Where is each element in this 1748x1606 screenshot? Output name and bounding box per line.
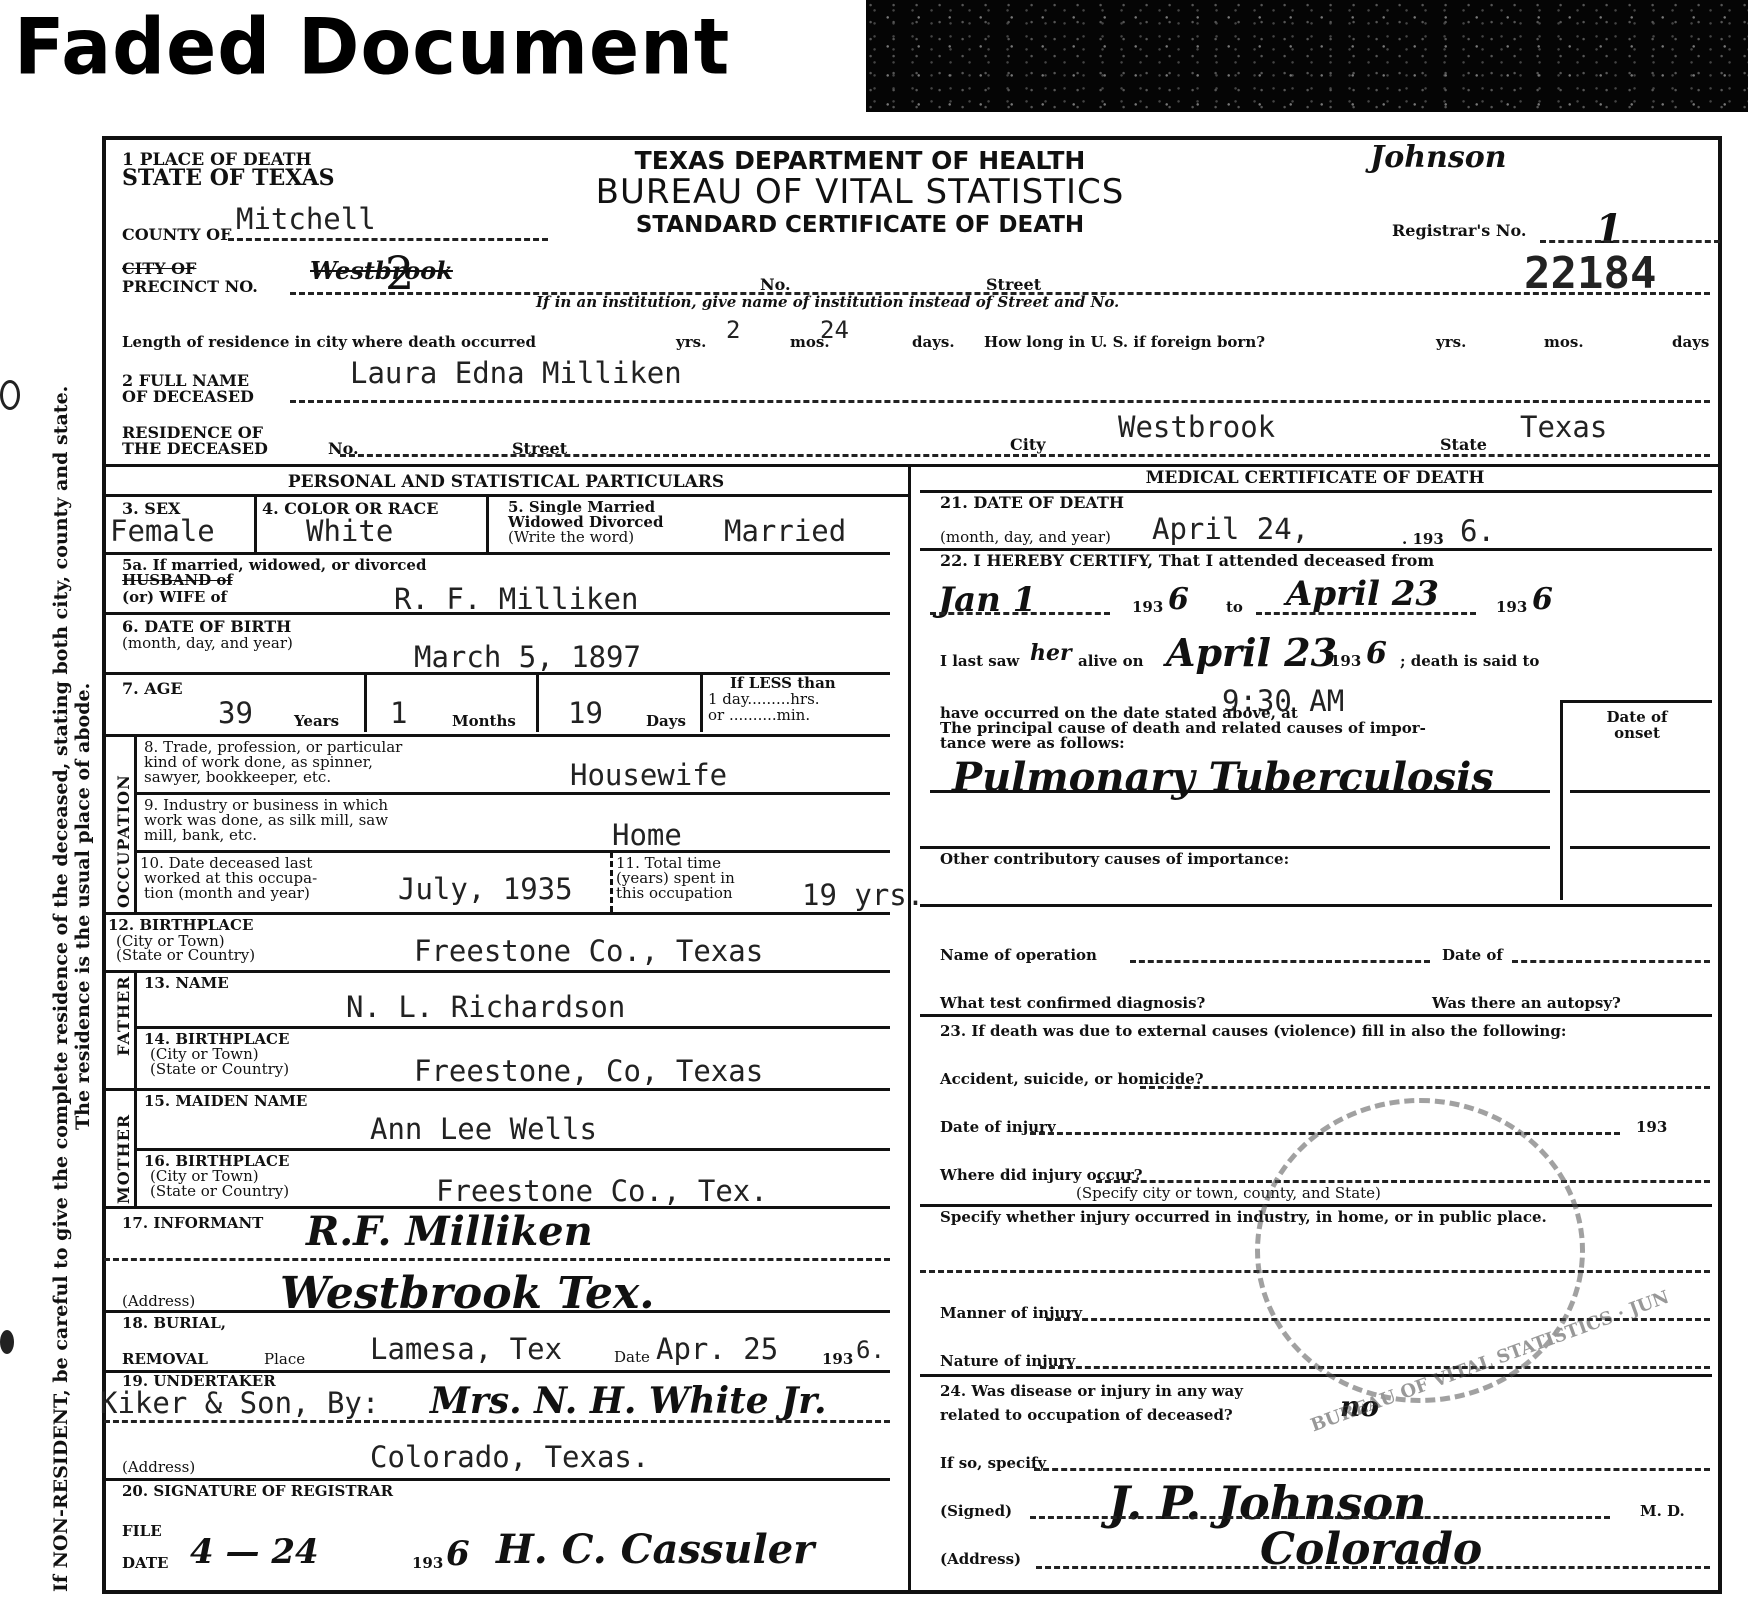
document-banner: Faded Document — [0, 0, 1748, 116]
dod-year-prefix: . 193 — [1402, 532, 1444, 547]
age-label: 7. AGE — [122, 680, 183, 697]
residence-state-label: State — [1440, 436, 1487, 453]
test-label: What test confirmed diagnosis? — [940, 996, 1205, 1011]
bureau-seal-stamp: BUREAU OF VITAL STATISTICS · JUN — [1255, 1098, 1585, 1403]
burial-place-label: Place — [264, 1352, 305, 1367]
father-side-label: FATHER — [114, 976, 133, 1056]
punch-hole-icon — [0, 380, 20, 410]
undertaker-name: Kiker & Son, By: — [100, 1386, 379, 1420]
last-saw-date: April 23 — [1166, 630, 1337, 675]
industry-label-3: mill, bank, etc. — [144, 828, 257, 843]
residence-months: 24 — [820, 316, 849, 344]
sex-value: Female — [110, 514, 215, 548]
physician-address-label: (Address) — [940, 1552, 1021, 1567]
age-months: 1 — [390, 696, 407, 730]
accident-label: Accident, suicide, or homicide? — [940, 1072, 1204, 1087]
principal-cause-label-2: tance were as follows: — [940, 736, 1125, 751]
removal-label: REMOVAL — [122, 1352, 208, 1367]
residence-state: Texas — [1520, 410, 1607, 444]
county-value: Mitchell — [236, 202, 376, 236]
mother-birthplace: Freestone Co., Tex. — [436, 1174, 768, 1208]
attended-to-date: April 23 — [1286, 574, 1439, 614]
banner-title: Faded Document — [14, 2, 730, 92]
foreign-born-label: How long in U. S. if foreign born? — [984, 334, 1265, 351]
birthplace-label-3: (State or Country) — [116, 948, 255, 963]
city-label-struck: CITY OF — [122, 260, 196, 277]
dod-label-2: (month, day, and year) — [940, 530, 1111, 545]
burial-label: 18. BURIAL, — [122, 1316, 226, 1331]
deceased-birthplace: Freestone Co., Texas — [414, 934, 763, 968]
months-label: Months — [452, 714, 516, 729]
date-of-birth: March 5, 1897 — [414, 640, 641, 674]
father-name-label: 13. NAME — [144, 976, 229, 991]
full-name-label-2: OF DECEASED — [122, 388, 254, 405]
mother-name-label: 15. MAIDEN NAME — [144, 1094, 307, 1109]
last-saw-year-prefix: 193 — [1330, 654, 1361, 669]
occupation-related-label: 24. Was disease or injury in any way — [940, 1384, 1243, 1399]
file-date: 4 — 24 — [190, 1532, 319, 1572]
days-label: Days — [646, 714, 686, 729]
registrar-signature: H. C. Cassuler — [496, 1526, 814, 1573]
spouse-label-wife: (or) WIFE of — [122, 590, 227, 605]
marital-status: Married — [724, 514, 846, 548]
department-title: TEXAS DEPARTMENT OF HEALTH — [560, 146, 1160, 175]
time-of-death: 9:30 AM — [1222, 684, 1344, 718]
last-worked-label-3: tion (month and year) — [144, 886, 310, 901]
side-note-residence: The residence is the usual place of abod… — [72, 683, 94, 1130]
residence-city: Westbrook — [1118, 410, 1275, 444]
state-label: STATE OF TEXAS — [122, 170, 335, 187]
burial-place: Lamesa, Tex — [370, 1332, 562, 1366]
external-causes-label: 23. If death was due to external causes … — [940, 1024, 1566, 1039]
residence-length-label: Length of residence in city where death … — [122, 334, 536, 351]
dob-label-2: (month, day, and year) — [122, 636, 293, 651]
occupation-side-label: OCCUPATION — [114, 774, 133, 908]
county-label: COUNTY OF — [122, 226, 231, 243]
registrar-no-label: Registrar's No. — [1392, 222, 1526, 239]
father-birthplace: Freestone, Co, Texas — [414, 1054, 763, 1088]
city-value-struck: Westbrook — [310, 256, 453, 285]
race-value: White — [306, 514, 393, 548]
foreign-days-label: days — [1672, 334, 1709, 351]
attended-to-year-digit: 6 — [1532, 582, 1553, 617]
bureau-title: BUREAU OF VITAL STATISTICS — [560, 172, 1160, 212]
total-time-value: 19 yrs. — [802, 878, 924, 912]
file-year-digit: 6 — [446, 1534, 470, 1574]
spouse-name: R. F. Milliken — [394, 582, 638, 616]
last-worked-date: July, 1935 — [398, 872, 573, 906]
deceased-full-name: Laura Edna Milliken — [350, 356, 682, 390]
onset-label-2: onset — [1562, 726, 1712, 741]
certificate-title: STANDARD CERTIFICATE OF DEATH — [560, 212, 1160, 238]
last-saw-year-digit: 6 — [1366, 636, 1387, 671]
residence-years: 2 — [726, 316, 740, 344]
days-label: days. — [912, 334, 955, 351]
age-years: 39 — [218, 696, 253, 730]
attended-from-year-prefix: 193 — [1132, 600, 1163, 615]
foreign-mos-label: mos. — [1544, 334, 1584, 351]
spouse-label-husband: HUSBAND of — [122, 573, 233, 588]
undertaker-signature: Mrs. N. H. White Jr. — [430, 1380, 826, 1422]
last-saw-pronoun: her — [1030, 640, 1072, 666]
age-days: 19 — [568, 696, 603, 730]
less-than-label: If LESS than — [730, 676, 836, 691]
yrs-label: yrs. — [676, 334, 706, 351]
certify-label: 22. I HEREBY CERTIFY, That I attended de… — [940, 552, 1434, 569]
operation-label: Name of operation — [940, 948, 1097, 963]
institution-note: If in an institution, give name of insti… — [536, 294, 1119, 311]
informant-signature: R.F. Milliken — [306, 1208, 593, 1255]
informant-address-label: (Address) — [122, 1294, 195, 1309]
street-label: Street — [986, 276, 1041, 293]
registrar-no-value: 1 — [1595, 206, 1623, 253]
informant-label: 17. INFORMANT — [122, 1216, 263, 1231]
attended-to-year-prefix: 193 — [1496, 600, 1527, 615]
signed-label: (Signed) — [940, 1504, 1012, 1519]
specify-label: If so, specify — [940, 1456, 1046, 1471]
other-causes-label: Other contributory causes of importance: — [940, 852, 1289, 867]
occupation-industry: Home — [612, 818, 682, 852]
dod-year-digit: 6. — [1460, 514, 1495, 548]
date-of-death: April 24, — [1152, 512, 1309, 546]
alive-on-label: alive on — [1078, 654, 1144, 669]
certificate-number: 22184 — [1524, 248, 1656, 299]
file-year-prefix: 193 — [412, 1556, 443, 1571]
years-label: Years — [294, 714, 339, 729]
precinct-label: PRECINCT NO. — [122, 278, 258, 295]
md-label: M. D. — [1640, 1504, 1685, 1519]
father-birthplace-label-3: (State or Country) — [150, 1062, 289, 1077]
less-than-hrs: 1 day.........hrs. — [708, 692, 820, 707]
file-label: FILE — [122, 1524, 162, 1539]
mother-maiden-name: Ann Lee Wells — [370, 1112, 597, 1146]
onset-label: Date of — [1562, 710, 1712, 725]
dod-label: 21. DATE OF DEATH — [940, 494, 1124, 511]
mother-side-label: MOTHER — [114, 1114, 133, 1204]
trade-label-3: sawyer, bookkeeper, etc. — [144, 770, 331, 785]
burial-date-label: Date — [614, 1350, 650, 1365]
side-note-nonresident: If NON-RESIDENT, be careful to give the … — [50, 386, 72, 1592]
burial-date: Apr. 25 — [656, 1332, 778, 1366]
father-name: N. L. Richardson — [346, 990, 625, 1024]
last-saw-label: I last saw — [940, 654, 1019, 669]
injury-year-label: 193 — [1636, 1120, 1667, 1135]
no-label: No. — [760, 276, 791, 293]
principal-cause: Pulmonary Tuberculosis — [952, 754, 1494, 801]
dob-label: 6. DATE OF BIRTH — [122, 618, 291, 635]
punch-hole-icon — [0, 1330, 14, 1354]
less-than-min: or ..........min. — [708, 708, 810, 723]
scan-noise-block — [866, 0, 1748, 112]
operation-date-label: Date of — [1442, 948, 1503, 963]
personal-section-title: PERSONAL AND STATISTICAL PARTICULARS — [104, 474, 908, 491]
autopsy-label: Was there an autopsy? — [1432, 996, 1621, 1011]
residence-label-2: THE DECEASED — [122, 440, 268, 457]
registrar-signature-top: Johnson — [1370, 140, 1507, 175]
medical-section-title: MEDICAL CERTIFICATE OF DEATH — [910, 470, 1720, 487]
registrar-signature-label: 20. SIGNATURE OF REGISTRAR — [122, 1484, 393, 1499]
marital-label-3: (Write the word) — [508, 530, 634, 545]
foreign-yrs-label: yrs. — [1436, 334, 1466, 351]
occupation-related-label-2: related to occupation of deceased? — [940, 1408, 1233, 1423]
physician-signature: J. P. Johnson — [1108, 1476, 1427, 1530]
total-time-label-3: this occupation — [616, 886, 733, 901]
burial-year-prefix: 193 — [822, 1352, 853, 1367]
death-said-label: ; death is said to — [1400, 654, 1539, 669]
burial-year-digit: 6. — [856, 1336, 885, 1364]
file-date-label: DATE — [122, 1556, 168, 1571]
occupation-trade: Housewife — [570, 758, 727, 792]
undertaker-address-label: (Address) — [122, 1460, 195, 1475]
birthplace-label: 12. BIRTHPLACE — [108, 918, 253, 933]
attended-from-year-digit: 6 — [1168, 582, 1189, 617]
mother-birthplace-label-3: (State or Country) — [150, 1184, 289, 1199]
residence-city-label: City — [1010, 436, 1046, 453]
undertaker-address: Colorado, Texas. — [370, 1440, 649, 1474]
to-label: to — [1226, 600, 1243, 615]
